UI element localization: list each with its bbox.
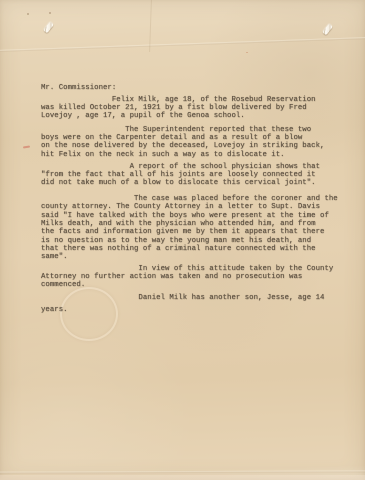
staple-mark-left (43, 22, 54, 34)
letter-line: commenced. (41, 281, 347, 289)
letter-paragraphs: Felix Milk, age 18, of the Rosebud Reser… (41, 96, 347, 315)
paragraph: Felix Milk, age 18, of the Rosebud Reser… (41, 96, 347, 121)
letter-line: years. (41, 306, 347, 314)
paper-bottom-edge (0, 475, 365, 480)
letter-line: that there was nothing of a criminal nat… (41, 245, 347, 253)
paper-crease-bottom (0, 470, 365, 473)
letter-line: Felix Milk, age 18, of the Rosebud Reser… (41, 96, 347, 104)
letter-line: is no question as to the way the young m… (41, 237, 347, 245)
paper-speck (49, 12, 51, 14)
letter-line: the facts and information given me by th… (41, 228, 347, 236)
paper-speck (246, 52, 248, 53)
letter-line: did not take much of a blow to dislocate… (41, 179, 347, 187)
letter-line: In view of this attitude taken by the Co… (41, 265, 347, 273)
letter-line: Milks death, and with the physician who … (41, 220, 347, 228)
letter-line: A report of the school physician shows t… (41, 163, 347, 171)
letter-line: on the nose delivered by the deceased, L… (41, 142, 347, 150)
letter-line: hit Felix on the neck in such a way as t… (41, 151, 347, 159)
paragraph: The case was placed before the coroner a… (41, 195, 347, 261)
paragraph: Daniel Milk has another son, Jesse, age … (41, 294, 347, 315)
document-page: Mr. Commissioner: Felix Milk, age 18, of… (0, 0, 365, 480)
letter-line: Daniel Milk has another son, Jesse, age … (41, 294, 347, 302)
letter-line: said "I have talked with the boys who we… (41, 212, 347, 220)
letter-line: Attorney no further action was taken and… (41, 273, 347, 281)
salutation: Mr. Commissioner: (41, 84, 347, 92)
letter-line: same". (41, 253, 347, 261)
paper-crease-top (0, 36, 365, 52)
paragraph: The Superintendent reported that these t… (41, 126, 347, 159)
paragraph: In view of this attitude taken by the Co… (41, 265, 347, 290)
letter-body: Mr. Commissioner: Felix Milk, age 18, of… (41, 84, 347, 315)
letter-line: The Superintendent reported that these t… (41, 126, 347, 134)
red-pencil-mark (23, 146, 30, 149)
staple-mark-right (322, 24, 333, 36)
paragraph: A report of the school physician shows t… (41, 163, 347, 188)
paper-speck (27, 13, 29, 15)
letter-line: Lovejoy , age 17, a pupil of the Genoa s… (41, 112, 347, 120)
letter-line: county attorney. The County Attorney in … (41, 203, 347, 211)
